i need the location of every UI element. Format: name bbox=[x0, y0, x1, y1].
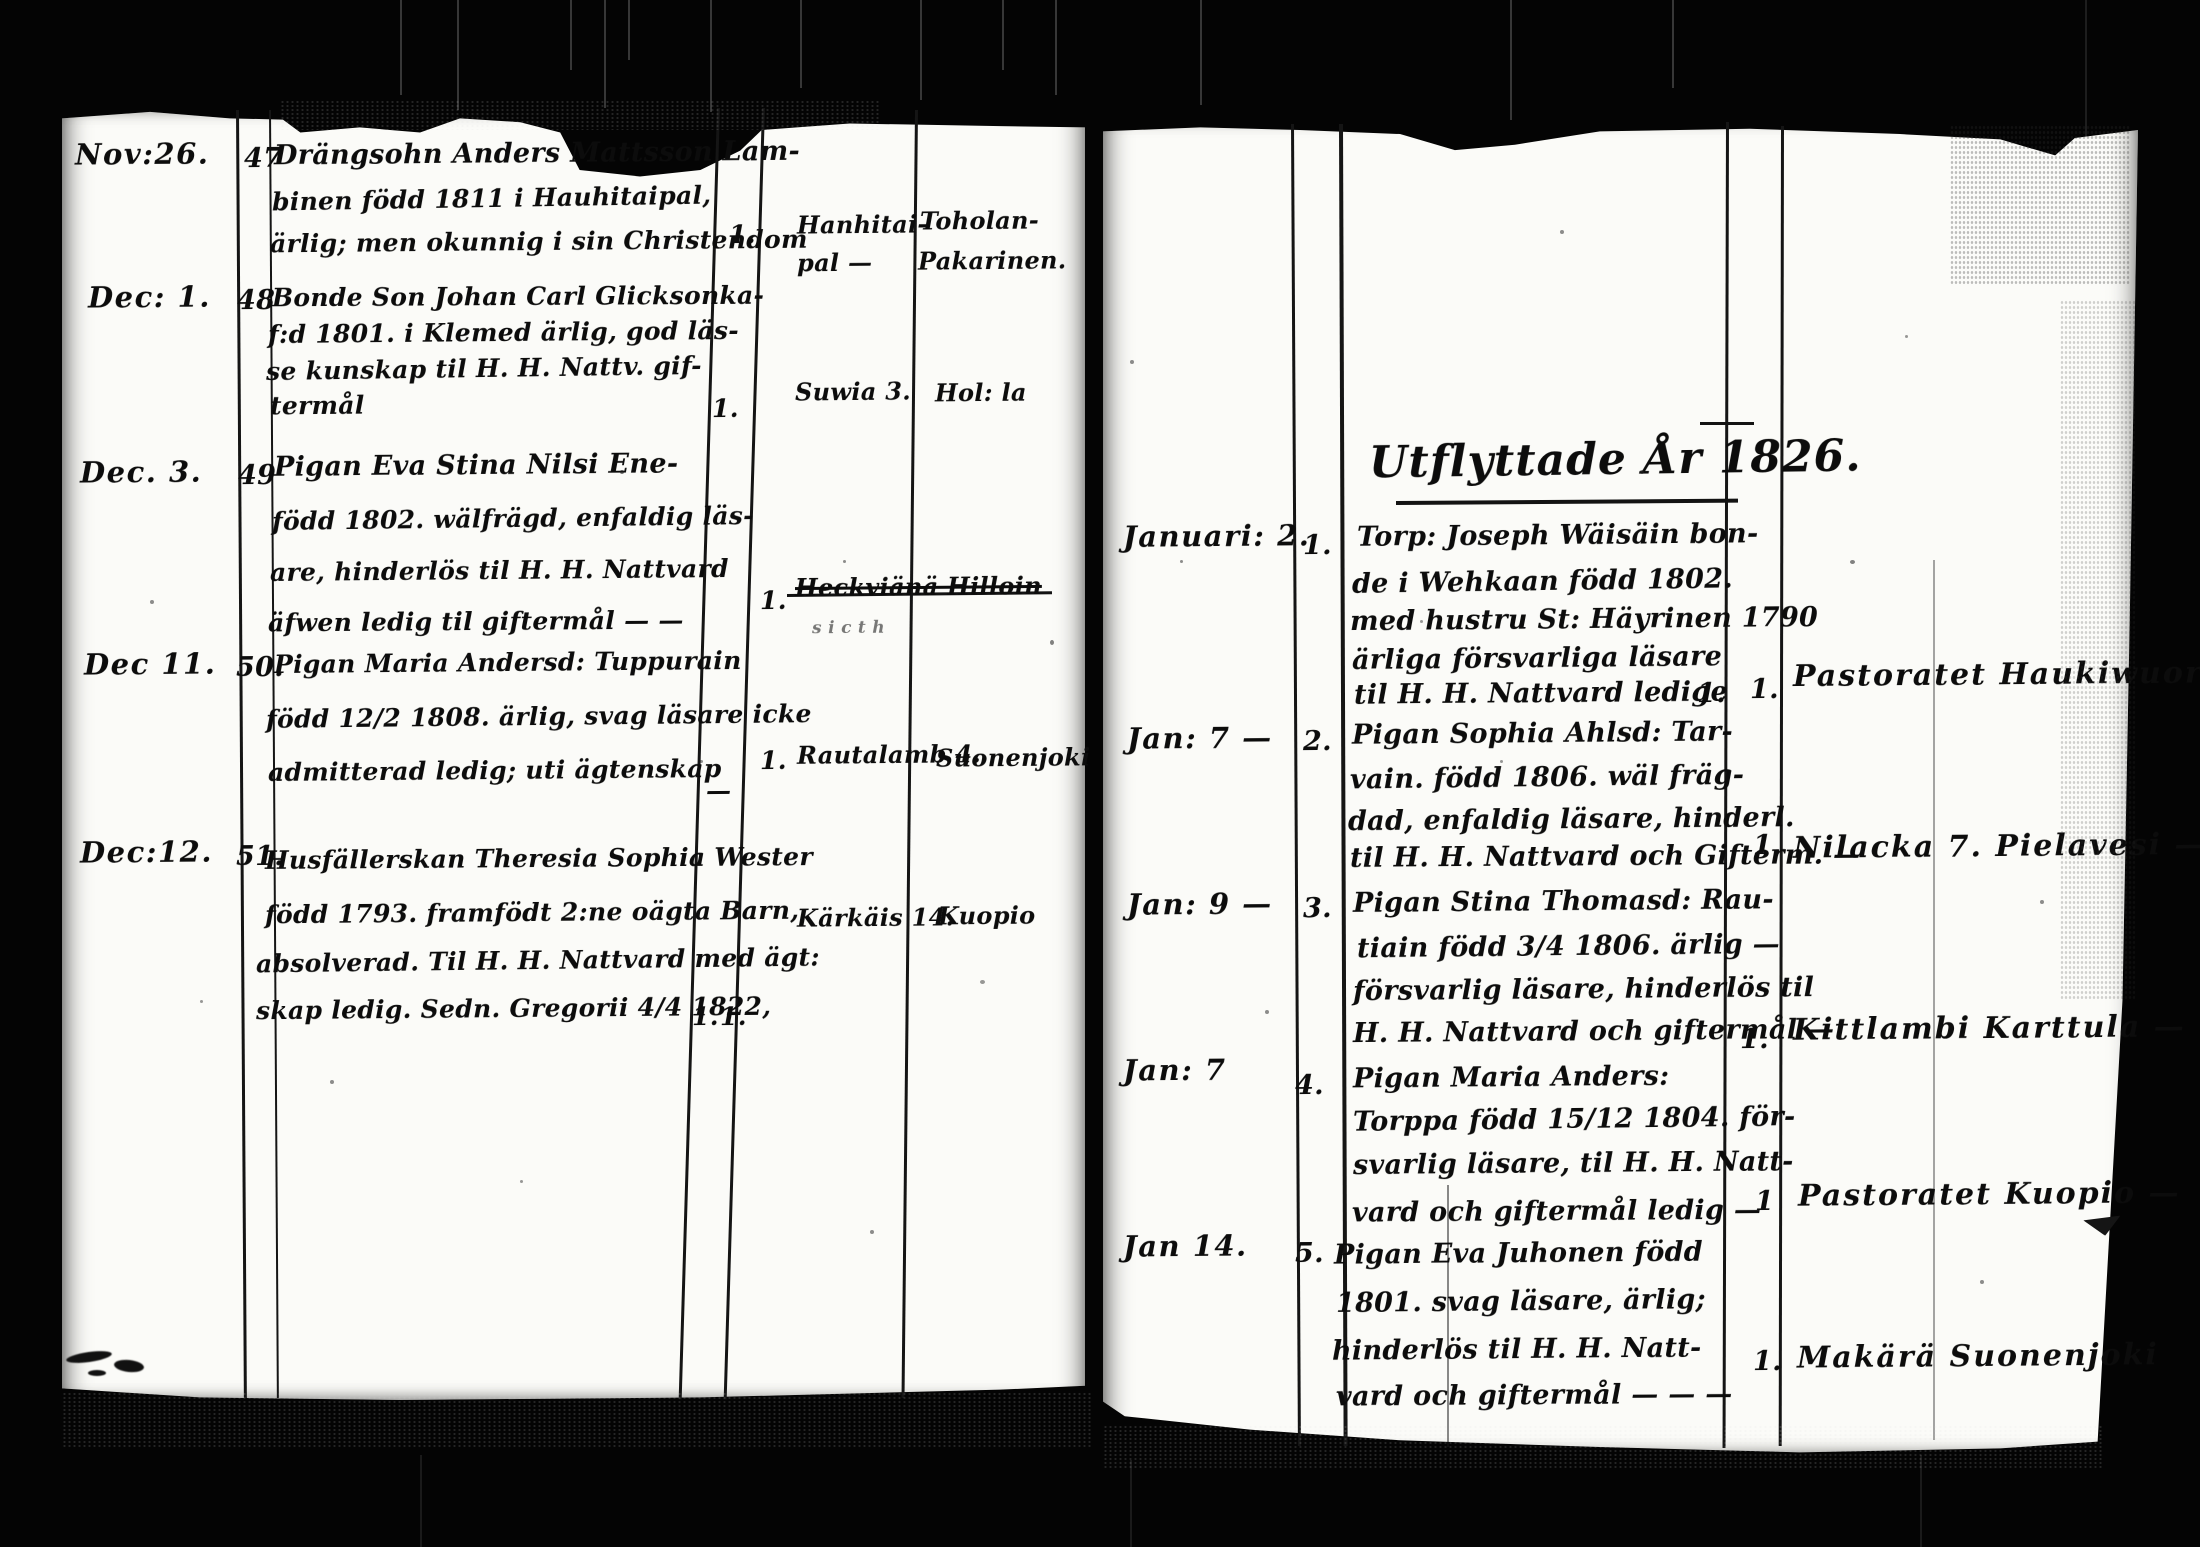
ink-speck bbox=[1050, 640, 1054, 645]
film-scratch bbox=[400, 0, 402, 95]
tally-mark: 1. bbox=[1740, 1026, 1769, 1053]
record-line: de i Wehkaan född 1802. bbox=[1352, 565, 1733, 597]
film-scratch bbox=[420, 1455, 422, 1547]
origin-line: pal — bbox=[797, 251, 873, 276]
record-line: svarlig läsare, til H. H. Natt- bbox=[1353, 1148, 1794, 1179]
ink-smudge bbox=[88, 1370, 106, 1376]
film-grain bbox=[280, 100, 880, 130]
film-scratch bbox=[920, 0, 922, 100]
record-line: hinderlös til H. H. Natt- bbox=[1332, 1334, 1702, 1364]
film-scratch bbox=[1002, 0, 1004, 70]
tally-mark: 1. bbox=[1697, 680, 1726, 707]
ink-speck bbox=[1560, 230, 1564, 234]
record-line: til H. H. Nattvard och Gifterm. — bbox=[1350, 841, 1861, 872]
film-grain bbox=[1950, 125, 2130, 285]
film-scratch bbox=[457, 0, 459, 110]
ink-speck bbox=[1500, 760, 1503, 763]
film-grain bbox=[2060, 300, 2135, 1000]
film-scratch bbox=[570, 0, 572, 70]
film-scratch bbox=[604, 0, 606, 108]
ink-speck bbox=[200, 1000, 203, 1003]
entry-date: Dec 11. bbox=[84, 649, 217, 679]
record-line: ärliga försvarliga läsare bbox=[1352, 643, 1722, 674]
record-line: binen född 1811 i Hauhitaipal, bbox=[272, 183, 712, 215]
ink-speck bbox=[1265, 1010, 1269, 1014]
destination-line: Nilacka 7. Pielavesi — bbox=[1793, 830, 2200, 864]
record-line: försvarlig läsare, hinderlös til bbox=[1353, 974, 1814, 1005]
film-grain bbox=[1103, 1425, 2103, 1470]
film-scratch bbox=[1130, 1460, 1132, 1547]
entry-date: Jan: 9 — bbox=[1127, 889, 1273, 919]
entry-number: 1. bbox=[1303, 532, 1332, 559]
entry-number: 49 bbox=[238, 462, 276, 489]
tally-mark: 1. bbox=[760, 588, 787, 613]
record-line: admitterad ledig; uti ägtenskap bbox=[268, 756, 722, 785]
record-line: vard och giftermål — — — bbox=[1336, 1381, 1733, 1411]
record-line: Pigan Stina Thomasd: Rau- bbox=[1353, 886, 1774, 917]
record-line: Pigan Maria Anders: bbox=[1353, 1063, 1670, 1093]
film-scratch bbox=[800, 0, 802, 88]
entry-date: Dec. 3. bbox=[80, 457, 202, 487]
ink-speck bbox=[330, 1080, 334, 1084]
film-scratch bbox=[628, 0, 630, 60]
entry-date: Dec:12. bbox=[80, 837, 213, 867]
entry-date: Jan: 7 bbox=[1123, 1056, 1227, 1086]
tally-mark: 1. bbox=[712, 396, 739, 421]
faint-scribble: s i c t h bbox=[812, 620, 885, 638]
origin-line: Kärkäis 14. bbox=[797, 905, 954, 930]
record-line: Pigan Maria Andersd: Tuppurain bbox=[274, 648, 742, 677]
tally-mark: 1. bbox=[729, 222, 756, 247]
record-line: dad, enfaldig läsare, hinderl. bbox=[1348, 804, 1795, 835]
record-line: Pigan Eva Stina Nilsi Ene- bbox=[274, 450, 679, 481]
record-line: Torp: Joseph Wäisäin bon- bbox=[1357, 520, 1759, 551]
film-scratch bbox=[1672, 0, 1674, 88]
year-heading: Utflyttade År 1826. bbox=[1369, 435, 1862, 486]
tally-dash: — bbox=[706, 778, 732, 803]
record-line: Torppa född 15/12 1804. för- bbox=[1353, 1103, 1796, 1135]
ink-speck bbox=[1130, 360, 1134, 364]
origin-line: Hanhitai- bbox=[797, 212, 928, 237]
ink-speck bbox=[1640, 470, 1644, 474]
entry-date: Nov:26. bbox=[75, 139, 210, 169]
record-line: til H. H. Nattvard ledige bbox=[1354, 678, 1728, 708]
tally-mark: 1. bbox=[692, 1004, 719, 1029]
ink-speck bbox=[2040, 900, 2044, 904]
record-line: äfwen ledig til giftermål — — bbox=[268, 608, 684, 636]
record-line: absolverad. Til H. H. Nattvard med ägt: bbox=[256, 945, 820, 977]
tally-mark: 1. bbox=[720, 1004, 747, 1029]
destination-line: Hol: la bbox=[935, 381, 1027, 406]
ink-speck bbox=[980, 980, 985, 984]
ink-speck bbox=[620, 470, 624, 474]
entry-date: Jan 14. bbox=[1123, 1231, 1248, 1261]
destination-line: Suonenjoki bbox=[936, 745, 1091, 770]
ink-speck bbox=[843, 560, 846, 563]
ink-speck bbox=[1905, 335, 1908, 338]
entry-number: 2. bbox=[1303, 728, 1332, 755]
film-scratch bbox=[1200, 0, 1202, 105]
destination-line: Makärä Suonenjoki bbox=[1797, 1340, 2159, 1373]
ink-speck bbox=[520, 1180, 523, 1183]
entry-date: Dec: 1. bbox=[88, 282, 211, 312]
ink-speck bbox=[1980, 1280, 1984, 1284]
ink-speck bbox=[870, 1230, 874, 1234]
microfilm-scan: Nov:26. 47 Drängsohn Anders Mattsson Lam… bbox=[0, 0, 2200, 1547]
entry-number: 48 bbox=[237, 287, 275, 314]
film-grain bbox=[62, 1392, 1092, 1447]
record-line: Husfällerskan Theresia Sophia Wester bbox=[265, 844, 813, 873]
ink-speck bbox=[1850, 560, 1855, 564]
entry-date: Jan: 7 — bbox=[1127, 723, 1273, 753]
rule-tick bbox=[1700, 422, 1754, 425]
record-line: se kunskap til H. H. Nattv. gif- bbox=[266, 353, 702, 384]
record-line: vain. född 1806. wäl fräg- bbox=[1350, 762, 1745, 794]
entry-number: 3. bbox=[1303, 895, 1332, 922]
ink-speck bbox=[700, 760, 703, 763]
record-line: tiain född 3/4 1806. ärlig — bbox=[1357, 931, 1780, 962]
destination-line: Kuopio bbox=[938, 904, 1036, 929]
tally-mark: 1 bbox=[1755, 1188, 1774, 1215]
ink-speck bbox=[150, 600, 154, 604]
record-line: född 12/2 1808. ärlig, svag läsare icke bbox=[266, 701, 812, 732]
destination-line: Pakarinen. bbox=[918, 248, 1067, 273]
tally-mark: 1. bbox=[1750, 676, 1779, 703]
tally-mark: 1. bbox=[760, 748, 787, 773]
film-scratch bbox=[710, 0, 712, 112]
record-line: Pigan Eva Juhonen född bbox=[1334, 1238, 1703, 1268]
record-line: ärlig; men okunnig i sin Christendom bbox=[270, 227, 808, 257]
record-line: Bonde Son Johan Carl Glicksonka- bbox=[272, 283, 764, 311]
origin-line: Suwia 3. bbox=[795, 379, 911, 404]
entry-number: 5. bbox=[1295, 1240, 1324, 1267]
record-line: född 1793. framfödt 2:ne oägta Barn, bbox=[265, 898, 799, 928]
record-line: Drängsohn Anders Mattsson Lam- bbox=[274, 138, 800, 170]
tally-mark: 1. bbox=[1753, 832, 1782, 859]
film-scratch bbox=[1055, 0, 1057, 95]
destination-line: Toholan- bbox=[920, 208, 1039, 233]
record-line: termål bbox=[270, 393, 365, 419]
ink-speck bbox=[1180, 560, 1183, 563]
record-line: vard och giftermål ledig — bbox=[1352, 1197, 1761, 1227]
film-scratch bbox=[1510, 0, 1512, 120]
record-line: f:d 1801. i Klemed ärlig, god läs- bbox=[268, 318, 739, 347]
record-line: are, hinderlös til H. H. Nattvard bbox=[270, 556, 729, 585]
destination-line: Pastoratet Kuopio — bbox=[1798, 1178, 2181, 1211]
record-line: Pigan Sophia Ahlsd: Tar- bbox=[1352, 718, 1733, 748]
entry-date: Januari: 2. bbox=[1123, 521, 1311, 552]
tally-mark: 1. bbox=[1753, 1348, 1782, 1375]
ink-speck bbox=[1420, 620, 1423, 623]
destination-line: Kittlambi Karttula — bbox=[1793, 1012, 2186, 1045]
record-line: 1801. svag läsare, ärlig; bbox=[1336, 1286, 1706, 1317]
record-line: född 1802. wälfrägd, enfaldig läs- bbox=[272, 503, 754, 534]
cancelled-origin-note: Heckviänä Hilloin bbox=[795, 574, 1042, 600]
destination-line: Pastoratet Haukiwuori — bbox=[1793, 658, 2200, 692]
entry-number: 4. bbox=[1295, 1072, 1324, 1099]
